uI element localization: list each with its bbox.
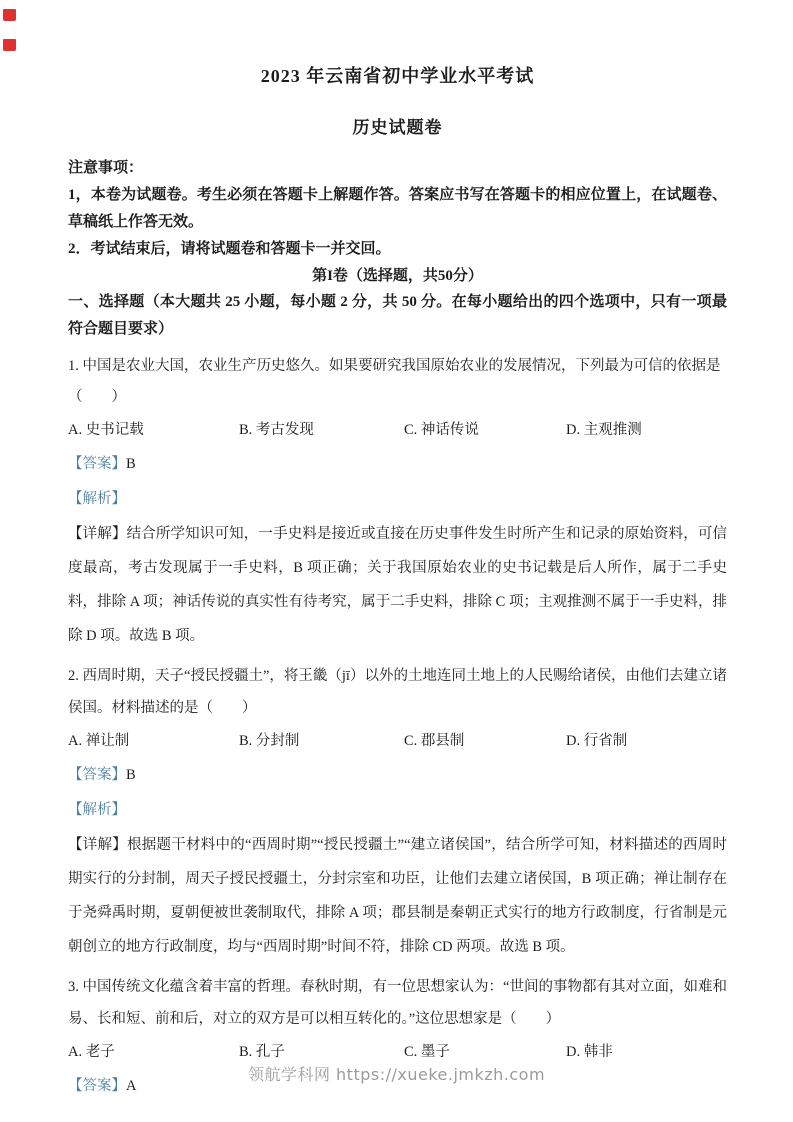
question-1-option-d: D. 主观推测 — [566, 413, 727, 447]
question-2-detail: 【详解】根据题干材料中的“西周时期”“授民授疆土”“建立诸侯国”，结合所学可知，… — [68, 828, 727, 964]
site-watermark: 领航学科网 https://xueke.jmkzh.com — [0, 1062, 793, 1085]
question-3-stem: 3. 中国传统文化蕴含着丰富的哲理。春秋时期，有一位思想家认为：“世间的事物都有… — [68, 971, 727, 1035]
question-2-analysis-label: 【解析】 — [68, 793, 727, 828]
document-content: 2023 年云南省初中学业水平考试 历史试题卷 注意事项： 1，本卷为试题卷。考… — [0, 0, 793, 1104]
red-edge-mark-top — [3, 7, 16, 21]
notice-section: 注意事项： 1，本卷为试题卷。考生必须在答题卡上解题作答。答案应书写在答题卡的相… — [68, 155, 727, 263]
question-1-stem: 1. 中国是农业大国，农业生产历史悠久。如果要研究我国原始农业的发展情况，下列最… — [68, 350, 727, 382]
notice-item-1: 1，本卷为试题卷。考生必须在答题卡上解题作答。答案应书写在答题卡的相应位置上，在… — [68, 182, 727, 236]
answer-label: 【答案】 — [68, 767, 126, 783]
question-2-option-c: C. 郡县制 — [404, 724, 566, 758]
notice-heading: 注意事项： — [68, 155, 727, 182]
question-1-paren: （ ） — [68, 382, 727, 413]
question-1-answer-value: B — [126, 456, 136, 472]
question-2-options: A. 禅让制 B. 分封制 C. 郡县制 D. 行省制 — [68, 724, 727, 758]
page-title: 2023 年云南省初中学业水平考试 — [68, 62, 727, 88]
question-2-option-d: D. 行省制 — [566, 724, 727, 758]
question-2-option-b: B. 分封制 — [239, 724, 404, 758]
question-1-answer-row: 【答案】B — [68, 447, 727, 482]
exam-paper-page: 2023 年云南省初中学业水平考试 历史试题卷 注意事项： 1，本卷为试题卷。考… — [0, 0, 793, 1122]
answer-label: 【答案】 — [68, 456, 126, 472]
question-2-option-a: A. 禅让制 — [68, 724, 239, 758]
question-1: 1. 中国是农业大国，农业生产历史悠久。如果要研究我国原始农业的发展情况，下列最… — [68, 350, 727, 653]
question-2-answer-value: B — [126, 767, 136, 783]
question-2-answer-row: 【答案】B — [68, 758, 727, 793]
section-instruction: 一、选择题（本大题共 25 小题，每小题 2 分，共 50 分。在每小题给出的四… — [68, 289, 727, 343]
red-edge-mark-bottom — [3, 37, 16, 51]
page-subtitle: 历史试题卷 — [68, 113, 727, 138]
question-1-option-a: A. 史书记载 — [68, 413, 239, 447]
part-header: 第I卷（选择题，共50分） — [68, 263, 727, 289]
question-2-stem: 2. 西周时期，天子“授民授疆土”，将王畿（jī）以外的土地连同土地上的人民赐给… — [68, 660, 727, 724]
question-1-options: A. 史书记载 B. 考古发现 C. 神话传说 D. 主观推测 — [68, 413, 727, 447]
question-1-analysis-label: 【解析】 — [68, 482, 727, 517]
notice-item-2: 2．考试结束后，请将试题卷和答题卡一并交回。 — [68, 236, 727, 263]
question-1-option-c: C. 神话传说 — [404, 413, 566, 447]
question-1-option-b: B. 考古发现 — [239, 413, 404, 447]
question-1-detail: 【详解】结合所学知识可知，一手史料是接近或直接在历史事件发生时所产生和记录的原始… — [68, 517, 727, 653]
question-2: 2. 西周时期，天子“授民授疆土”，将王畿（jī）以外的土地连同土地上的人民赐给… — [68, 660, 727, 964]
